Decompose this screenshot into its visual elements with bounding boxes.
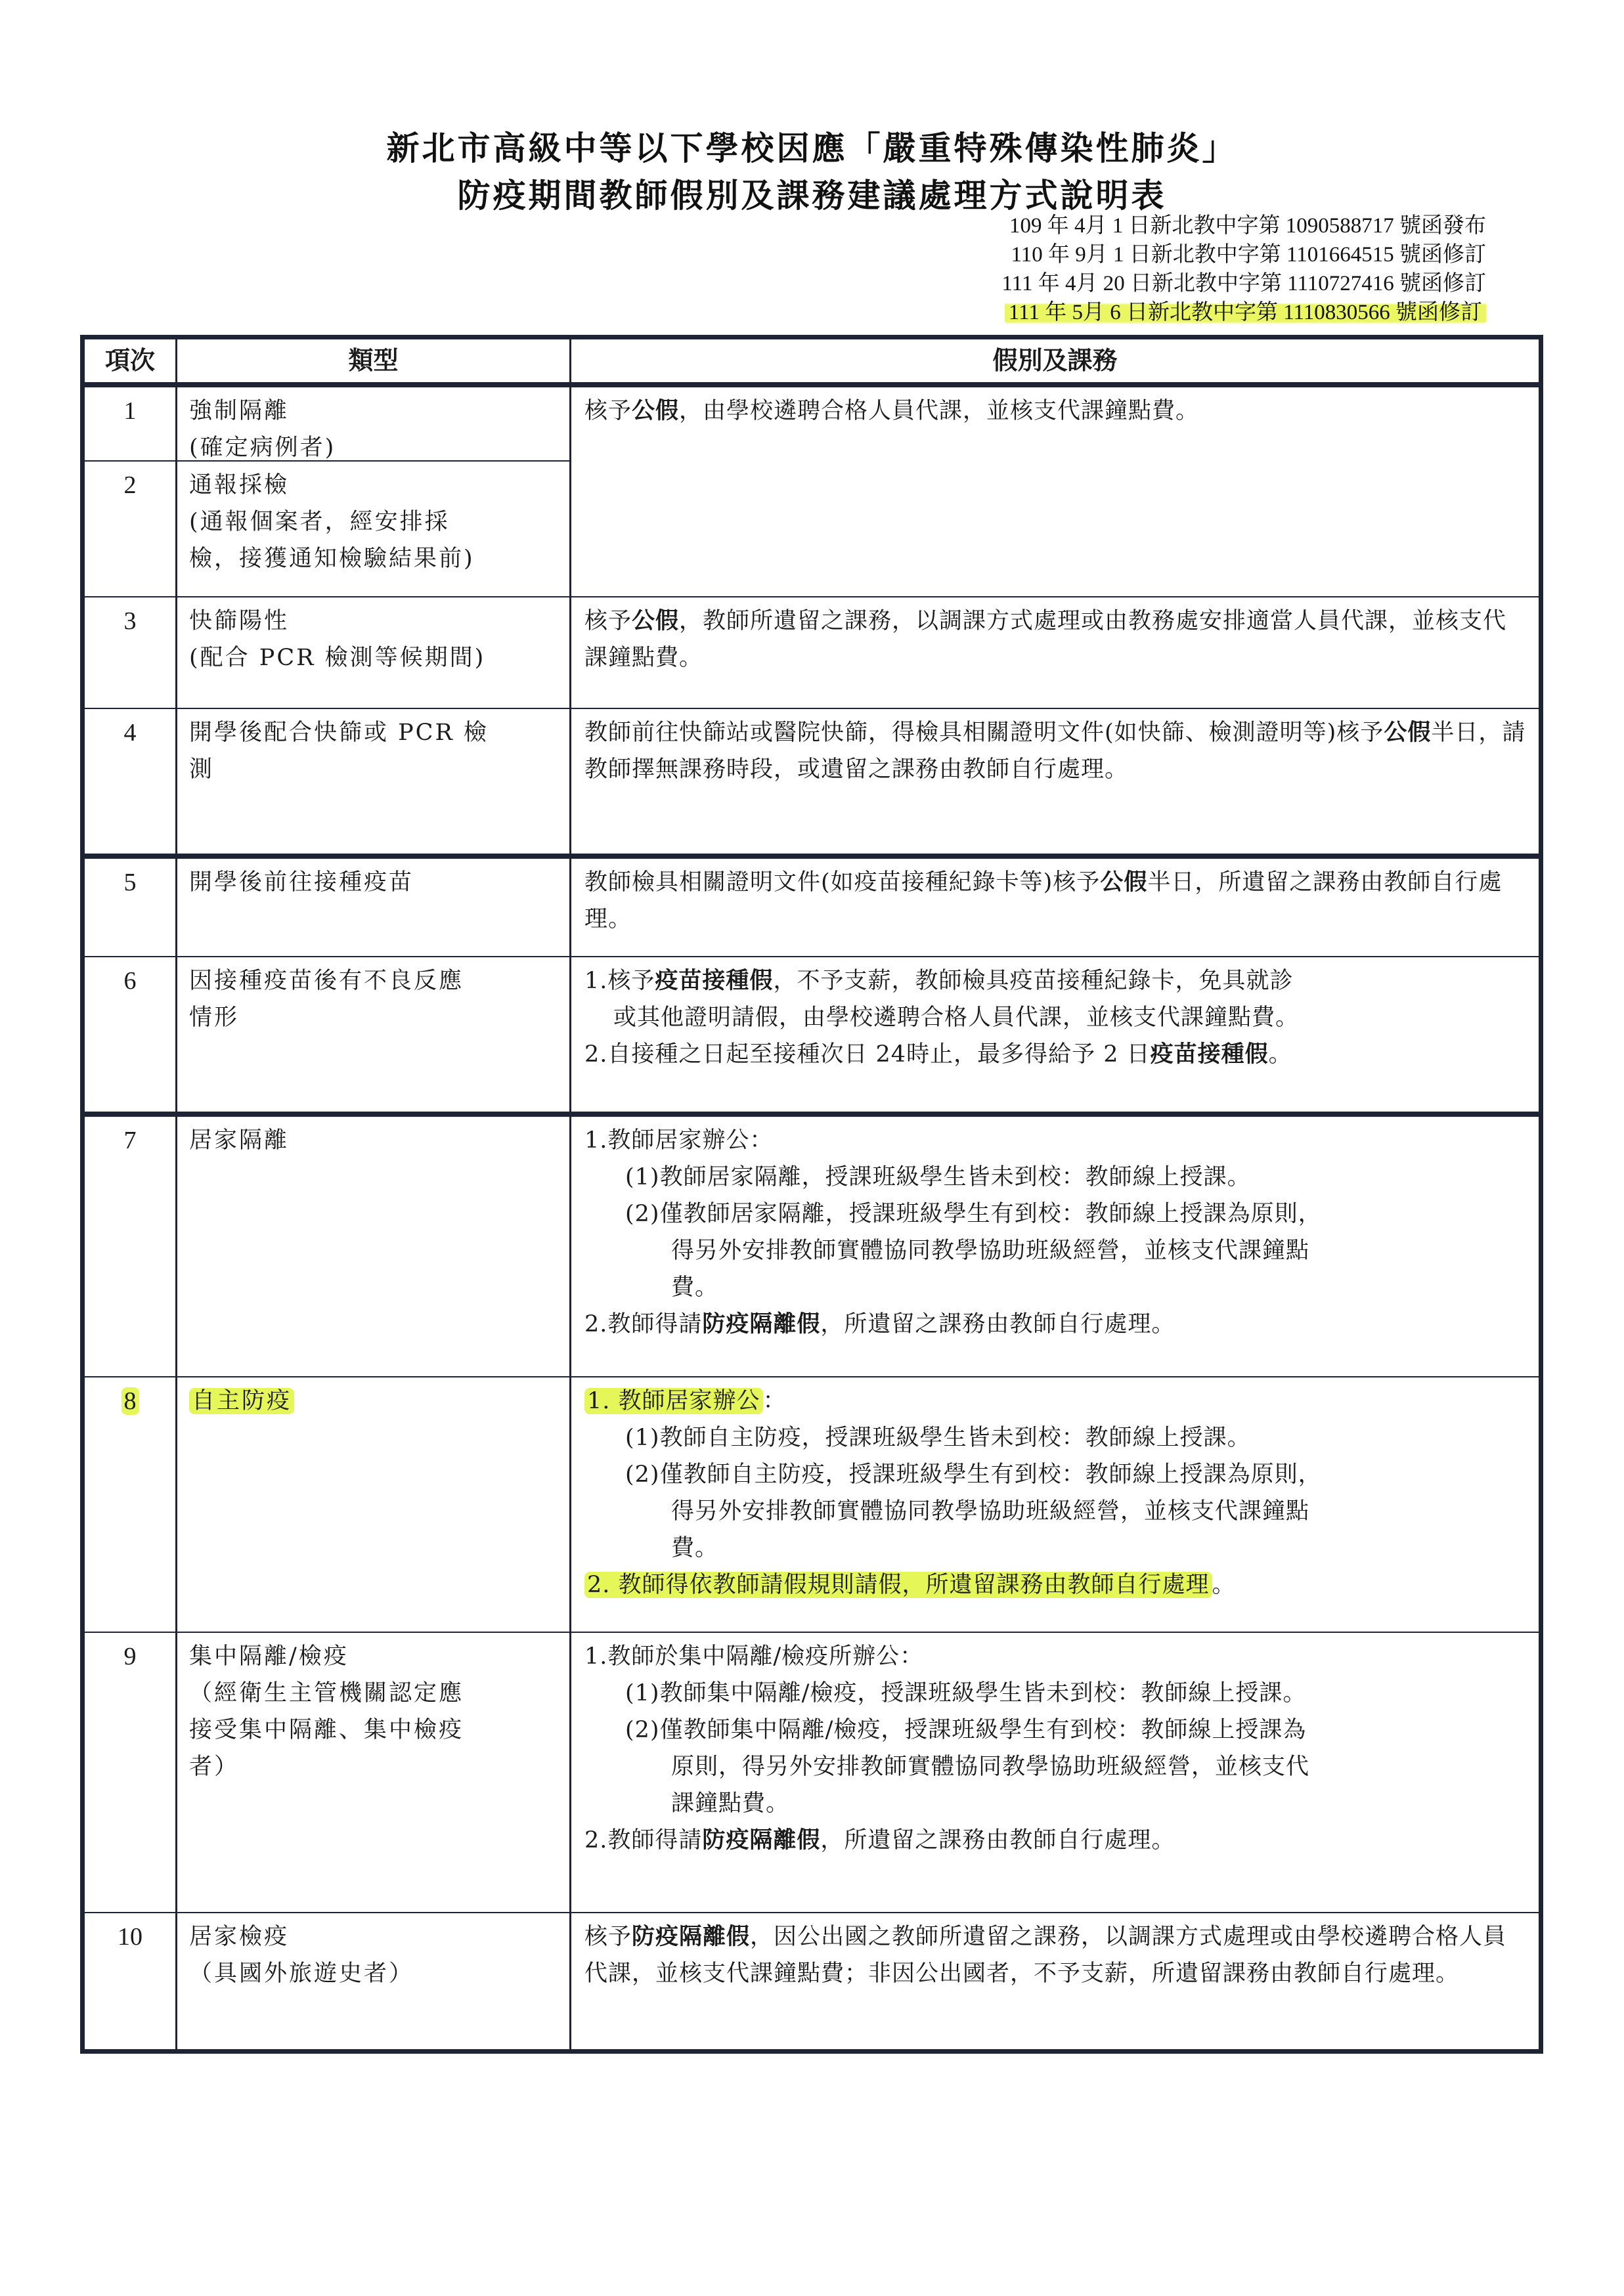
table-row: 7 居家隔離 1.教師居家辦公： (1)教師居家隔離，授課班級學生皆未到校：教師… bbox=[85, 1112, 1539, 1376]
table-row-group-1-2: 1 強制隔離 (確定病例者) 2 通報採檢 (通報個案者，經安排採 檢，接獲通知… bbox=[85, 382, 1539, 596]
row-description: 核予公假，由學校遴聘合格人員代課，並核支代課鐘點費。 bbox=[569, 387, 1539, 596]
row-type: 開學後前往接種疫苗 bbox=[175, 859, 569, 956]
row-number: 3 bbox=[85, 597, 175, 708]
row-number: 5 bbox=[85, 859, 175, 956]
row-description: 1.教師於集中隔離/檢疫所辦公： (1)教師集中隔離/檢疫，授課班級學生皆未到校… bbox=[569, 1633, 1539, 1912]
row-number: 4 bbox=[85, 709, 175, 854]
leave-table: 項次 類型 假別及課務 1 強制隔離 (確定病例者) 2 通報採檢 (通報個案者… bbox=[80, 335, 1543, 2054]
row-number: 10 bbox=[85, 1913, 175, 2049]
row-description: 教師檢具相關證明文件(如疫苗接種紀錄卡等)核予公假半日，所遺留之課務由教師自行處… bbox=[569, 859, 1539, 956]
table-row: 1 強制隔離 (確定病例者) bbox=[85, 387, 569, 460]
row-type: 自主防疫 bbox=[175, 1377, 569, 1632]
table-row: 6 因接種疫苗後有不良反應 情形 1.核予疫苗接種假，不予支薪，教師檢具疫苗接種… bbox=[85, 956, 1539, 1112]
row-number: 2 bbox=[85, 462, 175, 596]
table-header: 項次 類型 假別及課務 bbox=[85, 339, 1539, 382]
row-type: 通報採檢 (通報個案者，經安排採 檢，接獲通知檢驗結果前) bbox=[175, 462, 569, 596]
table-row: 3 快篩陽性 (配合 PCR 檢測等候期間) 核予公假，教師所遺留之課務，以調課… bbox=[85, 596, 1539, 708]
row-type: 居家檢疫 （具國外旅遊史者） bbox=[175, 1913, 569, 2049]
row-type: 快篩陽性 (配合 PCR 檢測等候期間) bbox=[175, 597, 569, 708]
document-title-line2: 防疫期間教師假別及課務建議處理方式說明表 bbox=[0, 169, 1624, 217]
row-description: 1. 教師居家辦公： (1)教師自主防疫，授課班級學生皆未到校：教師線上授課。 … bbox=[569, 1377, 1539, 1632]
table-row: 4 開學後配合快篩或 PCR 檢 測 教師前往快篩站或醫院快篩，得檢具相關證明文… bbox=[85, 708, 1539, 854]
table-row: 9 集中隔離/檢疫 （經衛生主管機關認定應 接受集中隔離、集中檢疫 者） 1.教… bbox=[85, 1632, 1539, 1912]
row-type: 居家隔離 bbox=[175, 1117, 569, 1376]
reference-line: 111 年 4月 20 日新北教中字第 1110727416 號函修訂 bbox=[1001, 269, 1486, 298]
row-description: 1.核予疫苗接種假，不予支薪，教師檢具疫苗接種紀錄卡，免具就診 或其他證明請假，… bbox=[569, 957, 1539, 1112]
row-number: 8 bbox=[85, 1377, 175, 1632]
reference-line: 110 年 9月 1 日新北教中字第 1101664515 號函修訂 bbox=[1001, 240, 1486, 269]
row-description: 核予公假，教師所遺留之課務，以調課方式處理或由教務處安排適當人員代課，並核支代課… bbox=[569, 597, 1539, 708]
table-row: 2 通報採檢 (通報個案者，經安排採 檢，接獲通知檢驗結果前) bbox=[85, 460, 569, 596]
row-type: 強制隔離 (確定病例者) bbox=[175, 387, 569, 466]
table-row-highlighted: 8 自主防疫 1. 教師居家辦公： (1)教師自主防疫，授課班級學生皆未到校：教… bbox=[85, 1376, 1539, 1632]
row-number: 7 bbox=[85, 1117, 175, 1376]
row-type: 集中隔離/檢疫 （經衛生主管機關認定應 接受集中隔離、集中檢疫 者） bbox=[175, 1633, 569, 1912]
row-description: 教師前往快篩站或醫院快篩，得檢具相關證明文件(如快篩、檢測證明等)核予公假半日，… bbox=[569, 709, 1539, 854]
header-item: 項次 bbox=[85, 339, 175, 382]
row-description: 核予防疫隔離假，因公出國之教師所遺留之課務，以調課方式處理或由學校遴聘合格人員代… bbox=[569, 1913, 1539, 2049]
header-leave: 假別及課務 bbox=[569, 339, 1539, 382]
row-type: 開學後配合快篩或 PCR 檢 測 bbox=[175, 709, 569, 854]
document-title-line1: 新北市高級中等以下學校因應「嚴重特殊傳染性肺炎」 bbox=[0, 122, 1624, 169]
table-row: 10 居家檢疫 （具國外旅遊史者） 核予防疫隔離假，因公出國之教師所遺留之課務，… bbox=[85, 1912, 1539, 2049]
reference-line-highlighted: 111 年 5月 6 日新北教中字第 1110830566 號函修訂 bbox=[1005, 301, 1486, 324]
row-description: 1.教師居家辦公： (1)教師居家隔離，授課班級學生皆未到校：教師線上授課。 (… bbox=[569, 1117, 1539, 1376]
reference-list: 109 年 4月 1 日新北教中字第 1090588717 號函發布 110 年… bbox=[1001, 211, 1486, 327]
row-number: 9 bbox=[85, 1633, 175, 1912]
row-type: 因接種疫苗後有不良反應 情形 bbox=[175, 957, 569, 1112]
reference-line: 109 年 4月 1 日新北教中字第 1090588717 號函發布 bbox=[1001, 211, 1486, 240]
row-number: 1 bbox=[85, 387, 175, 466]
header-type: 類型 bbox=[175, 339, 569, 382]
row-number: 6 bbox=[85, 957, 175, 1112]
table-row: 5 開學後前往接種疫苗 教師檢具相關證明文件(如疫苗接種紀錄卡等)核予公假半日，… bbox=[85, 854, 1539, 956]
